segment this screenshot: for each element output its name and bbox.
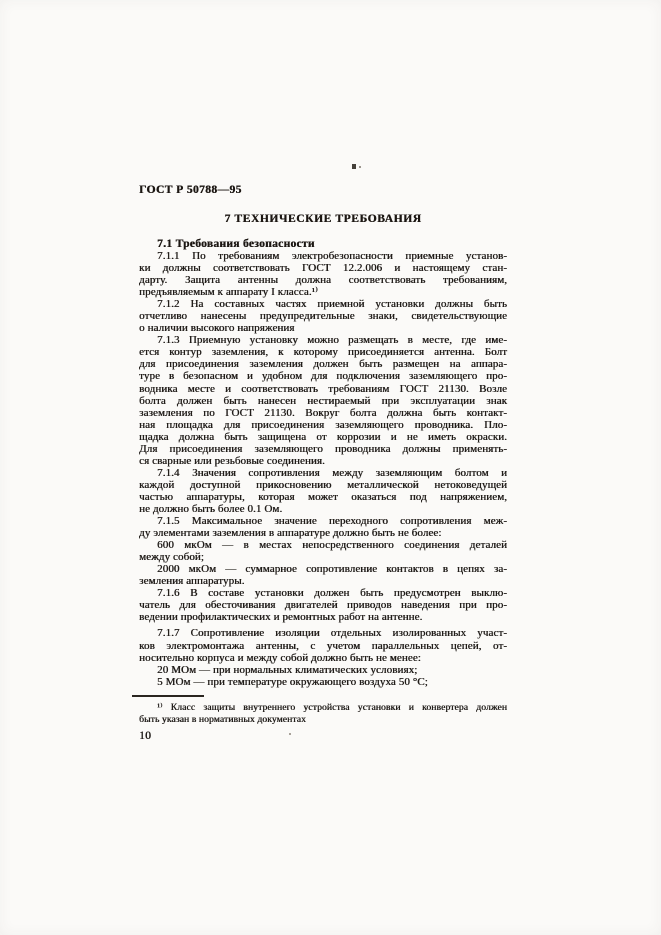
text-line: ется контур заземления, к которому присо… — [139, 346, 507, 358]
text-line: 7.1.4 Значения сопротивления между зазем… — [139, 467, 507, 479]
scan-speck — [289, 733, 291, 735]
footnote-divider — [132, 695, 204, 697]
text-line: ду элементами заземления в аппаратуре до… — [139, 527, 507, 539]
text-line: о наличии высокого напряжения — [139, 322, 507, 334]
scan-speck — [359, 166, 361, 168]
text-line: 7.1.6 В составе установки должен быть пр… — [139, 587, 507, 599]
text-line: чатель для обесточивания двигателей прив… — [139, 599, 507, 611]
text-line: 7.1.1 По требованиям электробезопасности… — [139, 250, 507, 262]
text-line: земления аппаратуры. — [139, 575, 507, 587]
text-line: частью аппаратуры, которая может оказать… — [139, 491, 507, 503]
subsection-title: 7.1 Требования безопасности — [157, 238, 315, 250]
text-line: 600 мкОм — в местах непосредственного со… — [139, 539, 507, 551]
text-line: водника месте и соответствовать требован… — [139, 383, 507, 395]
text-line: носительно корпуса и между собой должно … — [139, 652, 507, 664]
text-line: болта должен быть нанесен нестираемый пр… — [139, 395, 507, 407]
text-line: 5 МОм — при температуре окружающего возд… — [139, 676, 507, 688]
section-title: 7 ТЕХНИЧЕСКИЕ ТРЕБОВАНИЯ — [139, 213, 507, 225]
footnote: ¹⁾ Класс защиты внутреннего устройства у… — [139, 702, 507, 725]
text-line: между собой; — [139, 551, 507, 563]
text-line: 7.1.2 На составных частях приемной устан… — [139, 298, 507, 310]
text-line: ная площадка для присоединения заземляющ… — [139, 419, 507, 431]
text-line: 20 МОм — при нормальных климатических ус… — [139, 664, 507, 676]
text-line: не должно быть более 0.1 Ом. — [139, 503, 507, 515]
text-line: отчетливо нанесены предупредительные зна… — [139, 310, 507, 322]
scan-speck — [352, 164, 356, 169]
text-line: щадка должна быть защищена от коррозии и… — [139, 431, 507, 443]
text-line: 7.1.5 Максимальное значение переходного … — [139, 515, 507, 527]
page-number: 10 — [139, 730, 151, 742]
text-line: 2000 мкОм — суммарное сопротивление конт… — [139, 563, 507, 575]
text-line: предъявляемым к аппарату I класса.¹⁾ — [139, 286, 507, 298]
text-line: туре в безопасном и удобном для подключе… — [139, 370, 507, 382]
text-line: 7.1.7 Сопротивление изоляции отдельных и… — [139, 627, 507, 639]
text-line: Для присоединения заземляющего проводник… — [139, 443, 507, 455]
text-line: дарту. Защита антенны должна соответство… — [139, 274, 507, 286]
text-line: ведении профилактических и ремонтных раб… — [139, 611, 507, 623]
text-line: быть указан в нормативных документах — [139, 714, 507, 726]
text-line: ¹⁾ Класс защиты внутреннего устройства у… — [139, 702, 507, 714]
text-line: ся сварные или резьбовые соединения. — [139, 455, 507, 467]
text-line: заземления по ГОСТ 21130. Вокруг болта д… — [139, 407, 507, 419]
text-line: ков электромонтажа антенны, с учетом пар… — [139, 640, 507, 652]
text-line: ки должны соответствовать ГОСТ 12.2.006 … — [139, 262, 507, 274]
text-line: каждой доступной прикосновению металличе… — [139, 479, 507, 491]
text-line: для присоединения заземления должен быть… — [139, 358, 507, 370]
text-line: 7.1.3 Приемную установку можно размещать… — [139, 334, 507, 346]
running-header: ГОСТ Р 50788—95 — [139, 184, 242, 196]
body-text: 7.1.1 По требованиям электробезопасности… — [139, 250, 507, 688]
document-page: ГОСТ Р 50788—95 7 ТЕХНИЧЕСКИЕ ТРЕБОВАНИЯ… — [0, 0, 661, 935]
